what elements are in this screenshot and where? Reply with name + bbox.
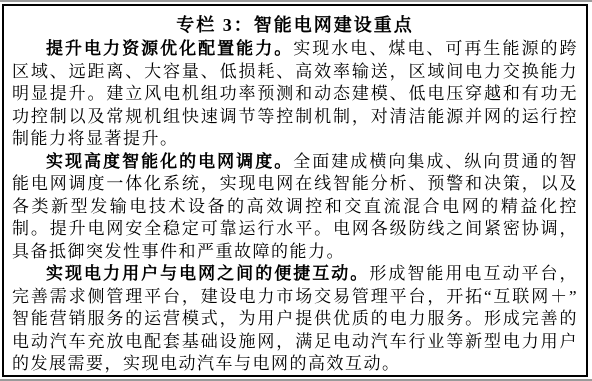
paragraph: 实现高度智能化的电网调度。全面建成横向集成、纵向贯通的智能电网调度一体化系统，实…	[12, 151, 578, 264]
paragraph-lead: 实现电力用户与电网之间的便捷互动。	[46, 264, 369, 283]
paragraph-lead: 提升电力资源优化配置能力。	[46, 39, 293, 58]
top-edge-divider	[0, 0, 592, 2]
column-body: 提升电力资源优化配置能力。实现水电、煤电、可再生能源的跨区域、远距离、大容量、低…	[4, 38, 586, 376]
paragraph-lead: 实现高度智能化的电网调度。	[46, 152, 293, 171]
document-page: 专栏 3：智能电网建设重点 提升电力资源优化配置能力。实现水电、煤电、可再生能源…	[0, 0, 592, 381]
paragraph: 提升电力资源优化配置能力。实现水电、煤电、可再生能源的跨区域、远距离、大容量、低…	[12, 38, 578, 151]
column-box: 专栏 3：智能电网建设重点 提升电力资源优化配置能力。实现水电、煤电、可再生能源…	[2, 4, 588, 377]
paragraph: 实现电力用户与电网之间的便捷互动。形成智能用电互动平台，完善需求侧管理平台，建设…	[12, 263, 578, 376]
column-title: 专栏 3：智能电网建设重点	[4, 6, 586, 38]
